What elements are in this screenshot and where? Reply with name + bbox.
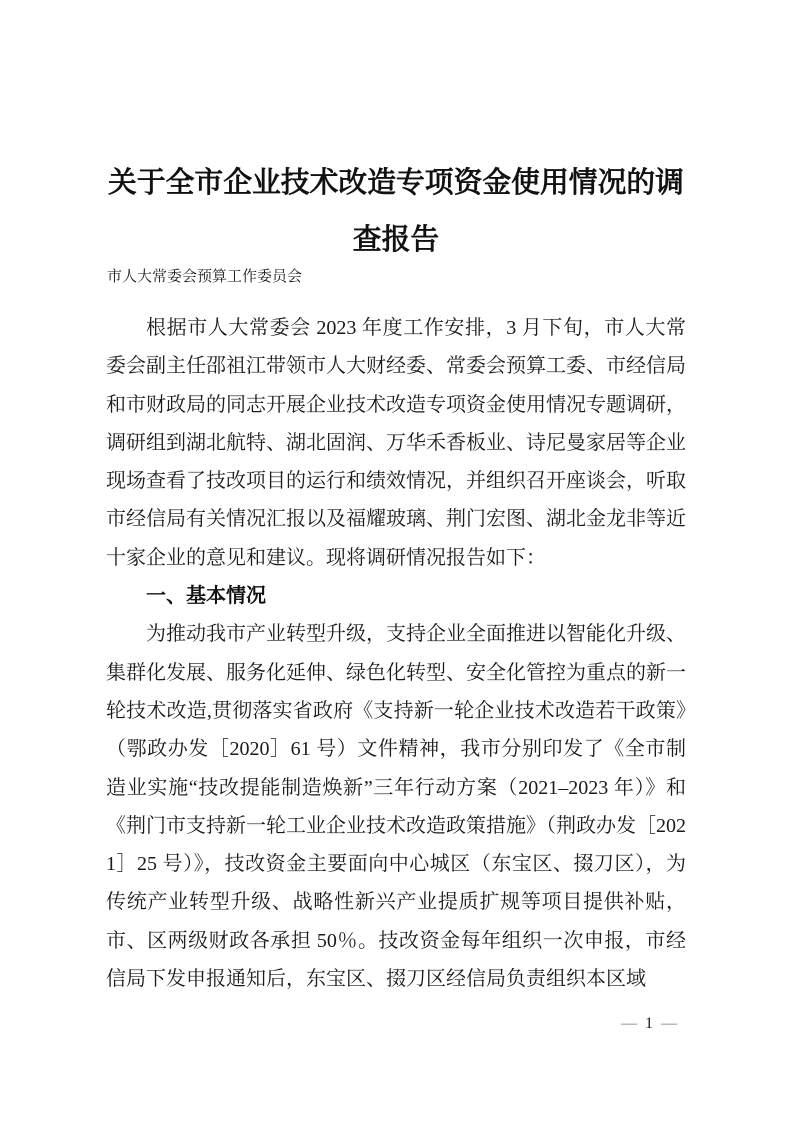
document-title: 关于全市企业技术改造专项资金使用情况的调查报告 (106, 155, 686, 269)
document-body: 根据市人大常委会 2023 年度工作安排，3 月下旬，市人大常委会副主任邵祖江带… (106, 309, 686, 998)
page-number-left-dash: — (621, 1015, 637, 1032)
author-line: 市人大常委会预算工作委员会 (107, 266, 302, 288)
document-page: 关于全市企业技术改造专项资金使用情况的调查报告 市人大常委会预算工作委员会 根据… (0, 0, 793, 1122)
section-heading-basic-situation: 一、基本情况 (106, 577, 686, 615)
page-number-right-dash: — (661, 1015, 677, 1032)
paragraph-intro: 根据市人大常委会 2023 年度工作安排，3 月下旬，市人大常委会副主任邵祖江带… (106, 309, 686, 577)
paragraph-basic-situation: 为推动我市产业转型升级，支持企业全面推进以智能化升级、集群化发展、服务化延伸、绿… (106, 615, 686, 998)
page-number: —1— (621, 1012, 677, 1036)
page-number-value: 1 (645, 1015, 653, 1032)
